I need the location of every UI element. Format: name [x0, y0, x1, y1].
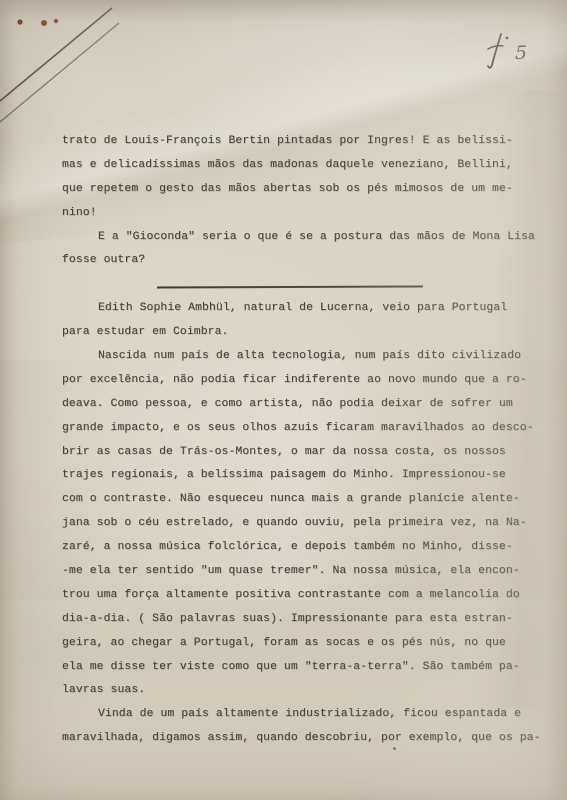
text-line: nino!	[62, 202, 536, 226]
text-line: fosse outra?	[62, 249, 536, 273]
handwritten-f-mark	[488, 34, 501, 68]
handwritten-dot	[506, 37, 509, 40]
text-line: E a "Gioconda" seria o que é se a postur…	[62, 226, 536, 250]
text-line: grande impacto, e os seus olhos azuis fi…	[62, 417, 536, 441]
text-line: Edith Sophie Ambhül, natural de Lucerna,…	[62, 297, 536, 321]
text-line: trato de Louis-François Bertin pintadas …	[62, 130, 536, 154]
rust-dot	[54, 19, 58, 23]
text-line: com o contraste. Não esqueceu nunca mais…	[62, 488, 536, 512]
text-line: Vinda de um país altamente industrializa…	[62, 703, 536, 727]
section-divider	[62, 273, 536, 297]
text-line: dia-a-dia. ( São palavras suas). Impress…	[62, 608, 536, 632]
text-line: zaré, a nossa música folclórica, e depoi…	[62, 536, 536, 560]
text-line: mas e delicadíssimas mãos das madonas da…	[62, 154, 536, 178]
divider-rule	[157, 286, 423, 289]
text-line: que repetem o gesto das mãos abertas sob…	[62, 178, 536, 202]
text-line: brir as casas de Trás-os-Montes, o mar d…	[62, 441, 536, 465]
handwritten-annotation: 5	[468, 30, 534, 76]
handwritten-f-crossbar	[488, 46, 503, 49]
text-line: -me ela ter sentido "um quase tremer". N…	[62, 560, 536, 584]
text-line: para estudar em Coimbra.	[62, 321, 536, 345]
handwritten-page-number: 5	[515, 42, 527, 64]
text-line: maravilhada, digamos assim, quando desco…	[62, 727, 536, 751]
typewritten-text-block: trato de Louis-François Bertin pintadas …	[62, 130, 536, 751]
text-line: geira, ao chegar a Portugal, foram as so…	[62, 632, 536, 656]
text-line: trou uma força altamente positiva contra…	[62, 584, 536, 608]
paper-speck	[393, 747, 396, 750]
corner-crease-and-staple-marks	[0, 0, 140, 140]
text-line: trajes regionais, a belíssima paisagem d…	[62, 464, 536, 488]
text-line: jana sob o céu estrelado, e quando ouviu…	[62, 512, 536, 536]
text-line: por excelência, não podia ficar indifere…	[62, 369, 536, 393]
rust-dot	[41, 20, 47, 26]
text-line: Nascida num país de alta tecnologia, num…	[62, 345, 536, 369]
document-page: 5 trato de Louis-François Bertin pintada…	[0, 0, 567, 800]
text-line: deava. Como pessoa, e como artista, não …	[62, 393, 536, 417]
text-line: lavras suas.	[62, 679, 536, 703]
rust-dot	[17, 19, 22, 24]
text-line: ela me disse ter viste como que um "terr…	[62, 656, 536, 680]
